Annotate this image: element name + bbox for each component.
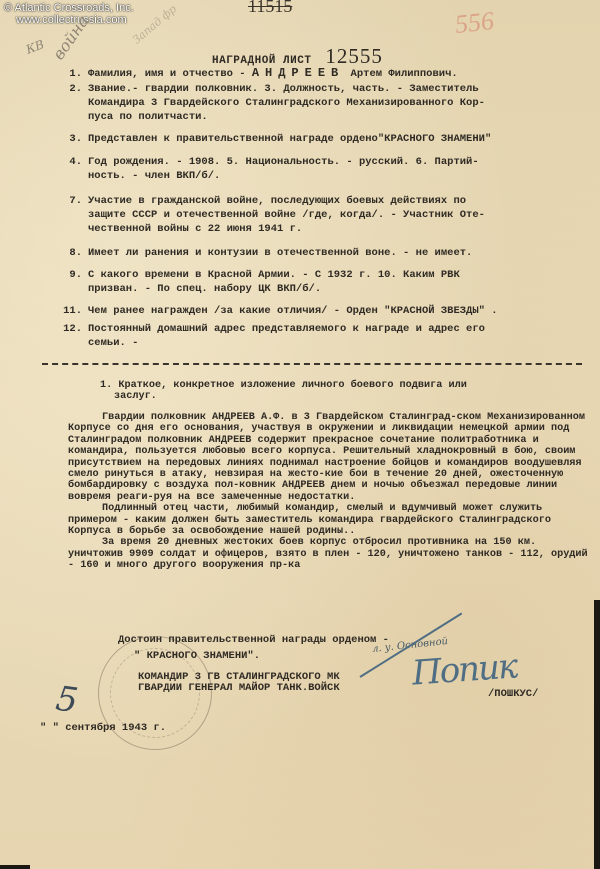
commander-signature: Попик <box>411 646 518 693</box>
commander-title: КОМАНДИР 3 ГВ СТАЛИНГРАДСКОГО МК ГВАРДИИ… <box>138 672 340 694</box>
dashed-separator <box>42 363 582 365</box>
red-pencil-mark: 556 <box>454 6 496 40</box>
question-3: 3.Представлен к правительственной наград… <box>60 132 590 146</box>
scan-edge <box>0 865 30 869</box>
question-12: 12.Постоянный домашний адрес представляе… <box>60 322 590 350</box>
handwritten-day: 5 <box>53 679 80 722</box>
question-1: 1.Фамилия, имя и отчество - АНДРЕЕВ Арте… <box>60 66 590 81</box>
pencil-note-middle: Запад фр <box>130 2 179 46</box>
document-date: " " сентября 1943 г. <box>40 722 166 734</box>
question-8: 8.Имеет ли ранения и контузии в отечеств… <box>60 246 590 260</box>
narrative-paragraph: Подлинный отец части, любимый командир, … <box>68 503 588 537</box>
narrative-heading: 1. Краткое, конкретное изложение личного… <box>68 380 588 403</box>
commander-name: /ПОШКУС/ <box>488 688 538 700</box>
question-7: 7.Участие в гражданской войне, последующ… <box>60 194 590 236</box>
archive-number: 11515 <box>248 0 292 17</box>
award-recommendation: Достоин правительственной награды ордено… <box>118 632 389 664</box>
scan-edge <box>594 600 600 869</box>
question-11: 11.Чем ранее награжден /за какие отличия… <box>60 304 590 318</box>
pencil-note-kb: КВ <box>24 37 46 56</box>
question-9: 9.С какого времени в Красной Армии. - С … <box>60 268 590 296</box>
question-2: 2.Звание.- гвардии полковник. 3. Должнос… <box>60 82 590 124</box>
watermark-copyright: © Atlantic Crossroads, Inc. <box>4 2 134 14</box>
narrative-paragraph: За время 20 дневных жестоких боев корпус… <box>68 537 588 571</box>
award-sheet-page: © Atlantic Crossroads, Inc. www.collectr… <box>0 0 600 869</box>
narrative-paragraph: Гвардии полковник АНДРЕЕВ А.Ф. в 3 Гвард… <box>68 412 588 503</box>
surname: АНДРЕЕВ <box>252 66 344 80</box>
narrative-body: Гвардии полковник АНДРЕЕВ А.Ф. в 3 Гвард… <box>68 412 588 572</box>
question-4: 4.Год рождения. - 1908. 5. Национальност… <box>60 155 590 183</box>
